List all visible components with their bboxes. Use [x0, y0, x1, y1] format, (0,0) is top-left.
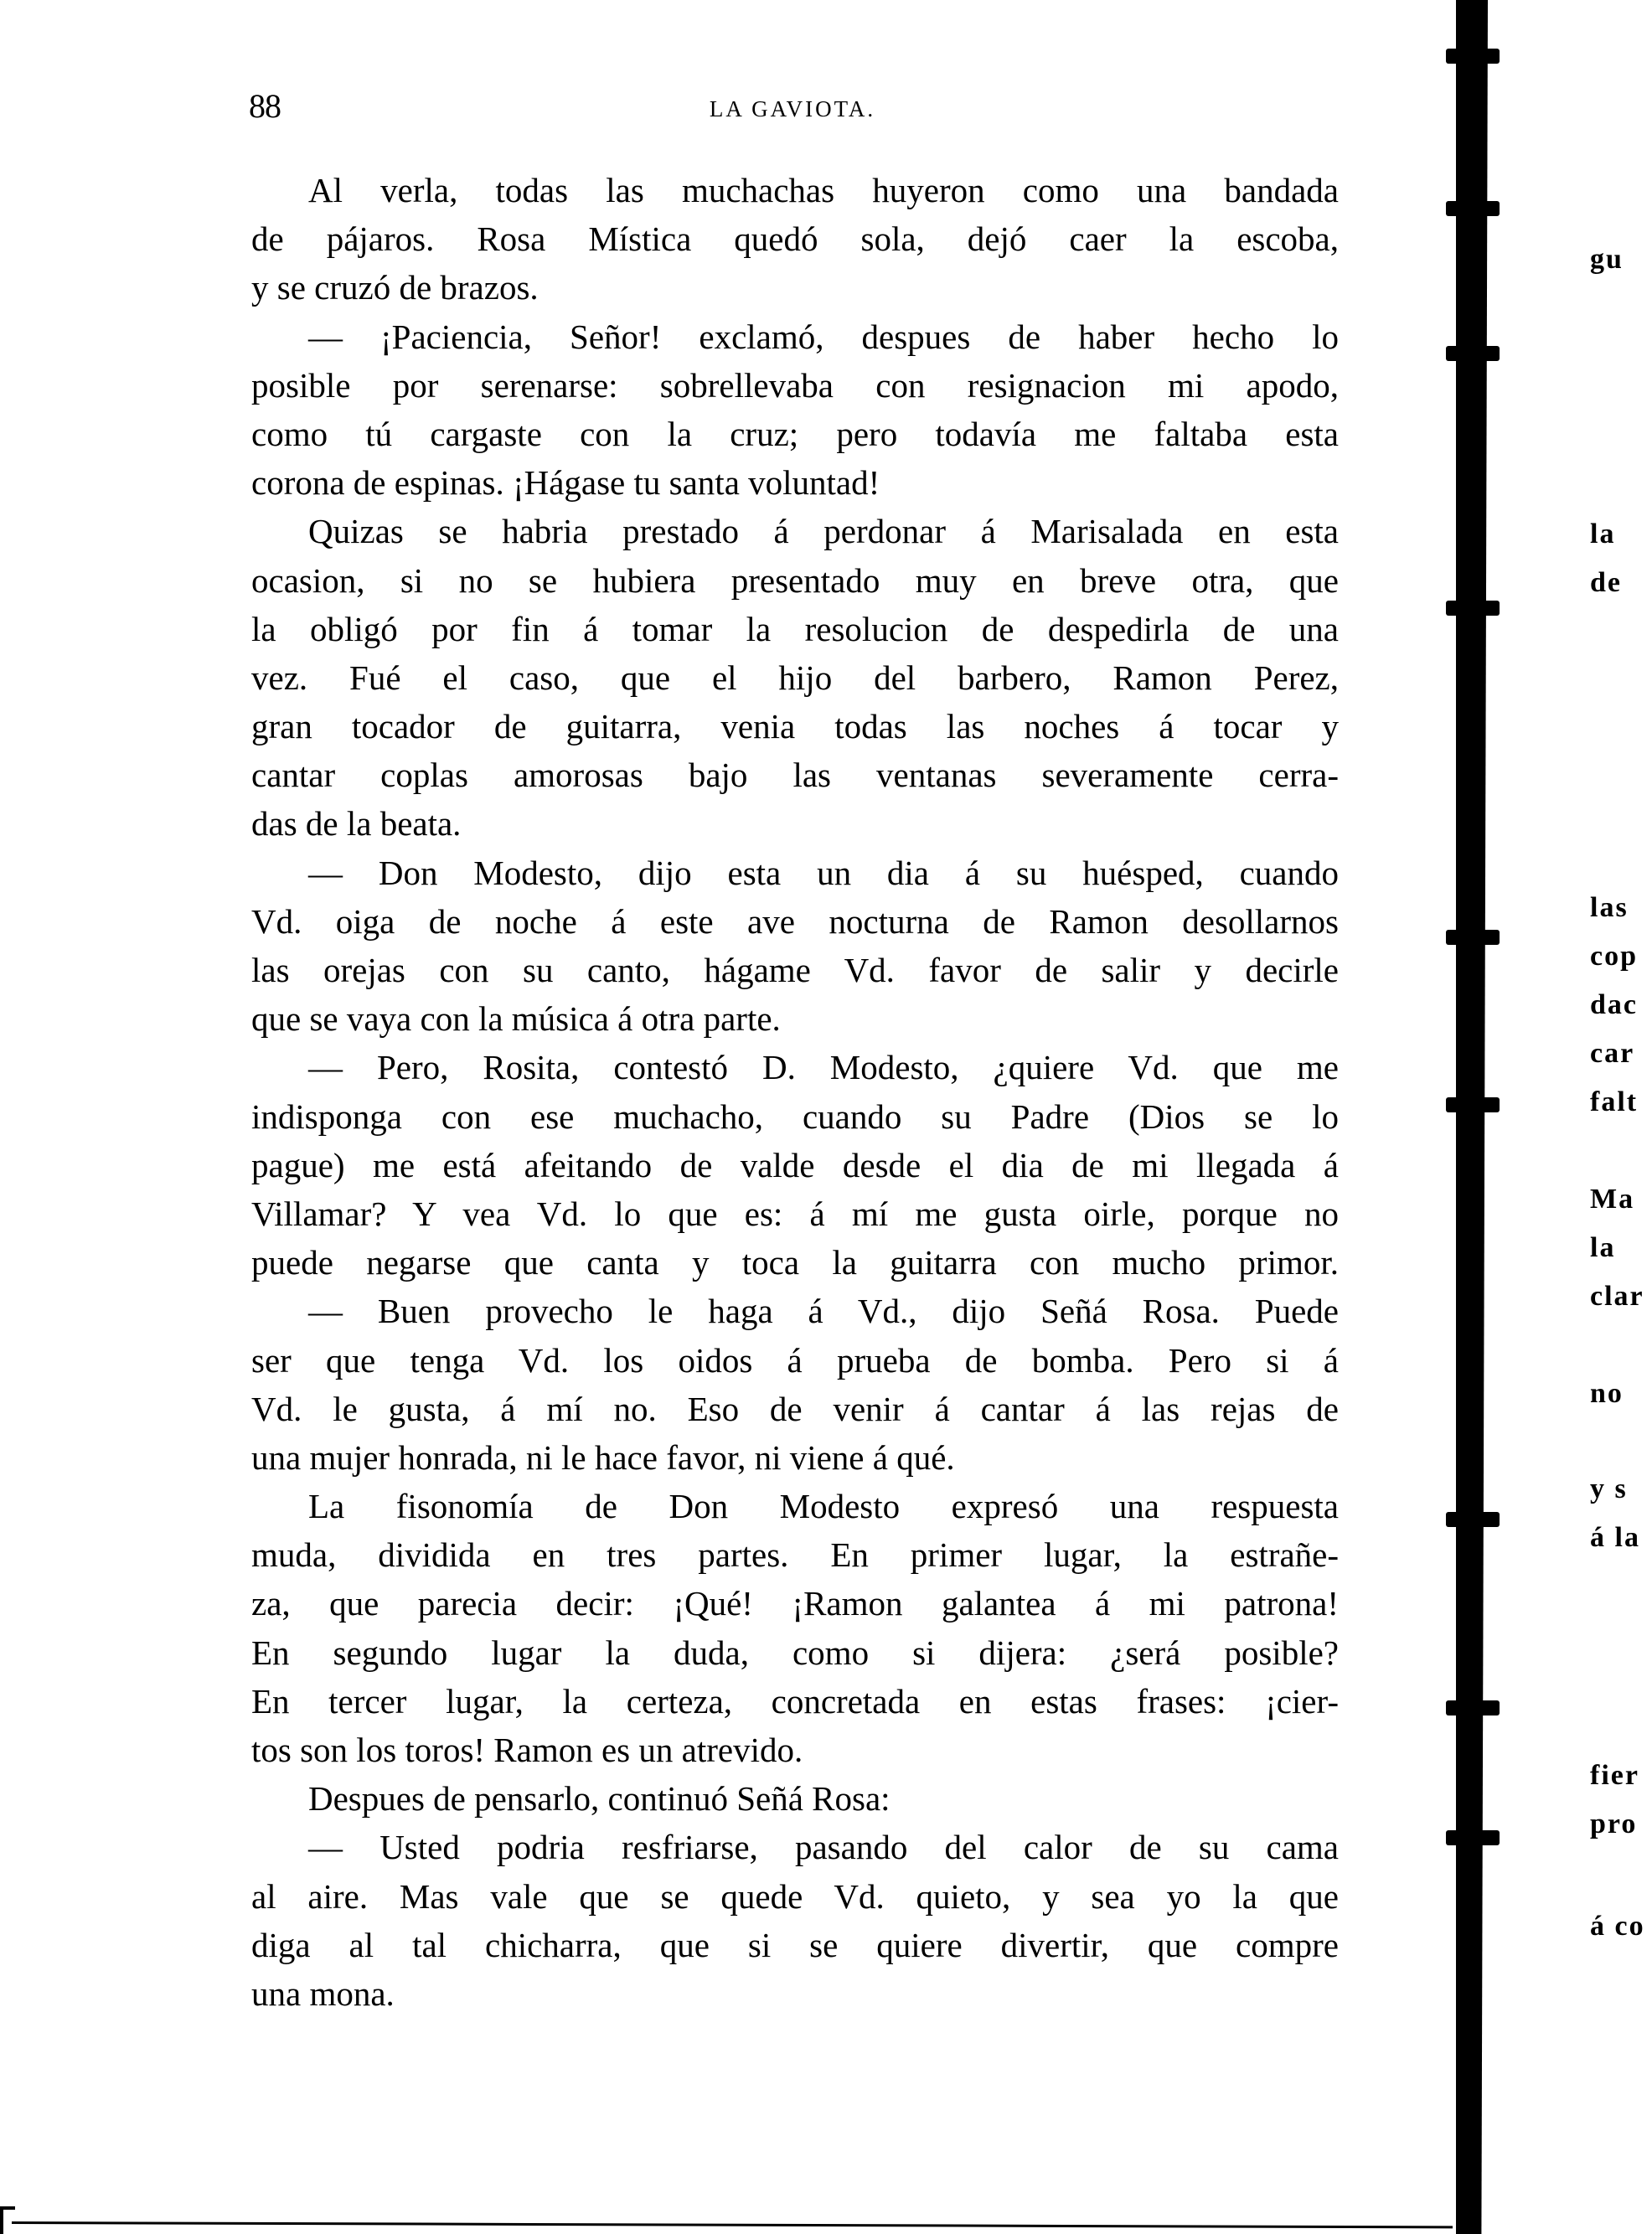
page-bottom-edge — [12, 2221, 1453, 2228]
text-line: una mona. — [251, 1969, 1339, 2018]
text-line: La fisonomía de Don Modesto expresó una … — [251, 1482, 1339, 1530]
page-corner-bracket — [0, 2206, 15, 2234]
text-line: En segundo lugar la duda, como si dijera… — [251, 1628, 1339, 1677]
text-line: tos son los toros! Ramon es un atrevido. — [251, 1726, 1339, 1774]
binding-stitch — [1446, 1700, 1500, 1715]
text-line: corona de espinas. ¡Hágase tu santa volu… — [251, 458, 1339, 507]
book-binding-gutter — [1456, 0, 1488, 2234]
text-line: Vd. oiga de noche á este ave nocturna de… — [251, 897, 1339, 946]
facing-text-fragment: pro — [1590, 1808, 1637, 1841]
binding-stitch — [1446, 601, 1500, 616]
text-line: pague) me está afeitando de valde desde … — [251, 1141, 1339, 1189]
text-line: de pájaros. Rosa Mística quedó sola, dej… — [251, 214, 1339, 263]
running-head: 88 LA GAVIOTA. — [249, 85, 1336, 136]
text-line: indisponga con ese muchacho, cuando su P… — [251, 1092, 1339, 1141]
text-line: vez. Fué el caso, que el hijo del barber… — [251, 653, 1339, 702]
binding-stitch — [1446, 201, 1500, 216]
facing-text-fragment: la — [1590, 518, 1615, 551]
binding-stitch — [1446, 1512, 1500, 1527]
facing-text-fragment: gu — [1590, 243, 1624, 276]
binding-stitch — [1446, 346, 1500, 361]
facing-text-fragment: á la — [1590, 1521, 1640, 1555]
facing-text-fragment: dac — [1590, 988, 1638, 1022]
facing-text-fragment: fier — [1590, 1759, 1639, 1793]
text-line: Villamar? Y vea Vd. lo que es: á mí me g… — [251, 1189, 1339, 1238]
running-title: LA GAVIOTA. — [249, 92, 1336, 126]
text-line: Al verla, todas las muchachas huyeron co… — [251, 166, 1339, 214]
text-line: — Usted podria resfriarse, pasando del c… — [251, 1823, 1339, 1871]
binding-stitch — [1446, 49, 1500, 64]
facing-text-fragment: la — [1590, 1231, 1615, 1265]
facing-page-fragment: gu la de las cop dac car falt Ma la clar… — [1590, 0, 1652, 2234]
text-line: — Buen provecho le haga á Vd., dijo Señá… — [251, 1287, 1339, 1335]
text-line: cantar coplas amorosas bajo las ventanas… — [251, 751, 1339, 799]
text-line: la obligó por fin á tomar la resolucion … — [251, 605, 1339, 653]
book-page: 88 LA GAVIOTA. Al verla, todas las mucha… — [0, 0, 1652, 2234]
text-line: En tercer lugar, la certeza, concretada … — [251, 1677, 1339, 1726]
text-line: — Don Modesto, dijo esta un dia á su hué… — [251, 849, 1339, 897]
body-text: Al verla, todas las muchachas huyeron co… — [251, 166, 1339, 2018]
text-line: gran tocador de guitarra, venia todas la… — [251, 702, 1339, 751]
text-line: como tú cargaste con la cruz; pero todav… — [251, 410, 1339, 458]
facing-text-fragment: de — [1590, 566, 1622, 600]
text-line: — ¡Paciencia, Señor! exclamó, despues de… — [251, 312, 1339, 361]
text-line: za, que parecia decir: ¡Qué! ¡Ramon gala… — [251, 1579, 1339, 1628]
text-line: Despues de pensarlo, continuó Señá Rosa: — [251, 1774, 1339, 1823]
binding-stitch — [1446, 930, 1500, 945]
text-line: diga al tal chicharra, que si se quiere … — [251, 1921, 1339, 1969]
binding-stitch — [1446, 1097, 1500, 1112]
facing-text-fragment: cop — [1590, 940, 1638, 973]
text-line: muda, dividida en tres partes. En primer… — [251, 1530, 1339, 1579]
text-line: Quizas se habria prestado á perdonar á M… — [251, 507, 1339, 555]
text-line: las orejas con su canto, hágame Vd. favo… — [251, 946, 1339, 994]
text-line: — Pero, Rosita, contestó D. Modesto, ¿qu… — [251, 1043, 1339, 1091]
text-line: y se cruzó de brazos. — [251, 263, 1339, 312]
facing-text-fragment: no — [1590, 1377, 1624, 1411]
binding-bar — [1456, 0, 1488, 2234]
facing-text-fragment: y s — [1590, 1473, 1628, 1506]
facing-text-fragment: car — [1590, 1037, 1634, 1071]
binding-stitch — [1446, 1830, 1500, 1845]
text-line: puede negarse que canta y toca la guitar… — [251, 1238, 1339, 1287]
text-line: das de la beata. — [251, 799, 1339, 848]
facing-text-fragment: Ma — [1590, 1183, 1634, 1216]
text-line: ser que tenga Vd. los oidos á prueba de … — [251, 1336, 1339, 1385]
text-line: al aire. Mas vale que se quede Vd. quiet… — [251, 1872, 1339, 1921]
text-line: Vd. le gusta, á mí no. Eso de venir á ca… — [251, 1385, 1339, 1433]
text-line: posible por serenarse: sobrellevaba con … — [251, 361, 1339, 410]
text-line: que se vaya con la música á otra parte. — [251, 994, 1339, 1043]
facing-text-fragment: clar — [1590, 1280, 1644, 1313]
facing-text-fragment: á co — [1590, 1910, 1645, 1943]
facing-text-fragment: las — [1590, 891, 1629, 925]
text-line: una mujer honrada, ni le hace favor, ni … — [251, 1433, 1339, 1482]
text-line: ocasion, si no se hubiera presentado muy… — [251, 556, 1339, 605]
facing-text-fragment: falt — [1590, 1086, 1638, 1119]
